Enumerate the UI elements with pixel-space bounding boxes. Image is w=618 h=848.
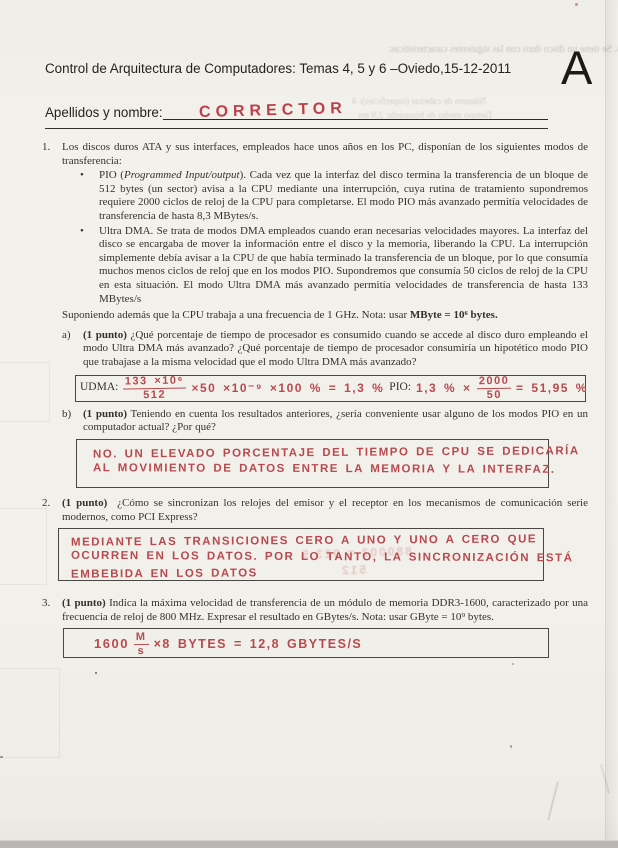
handwritten-formula: ×50 ×10⁻⁹ ×100 % = 1,3 %	[191, 380, 384, 396]
question-1b-points: (1 punto)	[83, 408, 127, 420]
scanned-exam-page: 4. Se tiene un disco duro con las siguie…	[0, 0, 618, 848]
question-1-intro-text: Los discos duros ATA y sus interfaces, e…	[62, 141, 588, 167]
handwritten-answer-line: EMBEBIDA EN LOS DATOS	[71, 564, 537, 583]
ink-speck	[512, 663, 514, 665]
handwritten-name: CORRECTOR	[198, 100, 346, 122]
question-1a-text: a)(1 punto) ¿Qué porcentaje de tiempo de…	[62, 329, 588, 370]
question-3-text: 3.(1 punto) Indica la máxima velocidad d…	[42, 597, 588, 624]
handwritten-answer-line: NO. UN ELEVADO PORCENTAJE DEL TIEMPO DE …	[93, 443, 542, 462]
bullet-icon: •	[80, 169, 99, 183]
fraction-numerator: M	[134, 632, 149, 645]
fraction-denominator: s	[137, 645, 145, 657]
ink-speck	[0, 756, 3, 758]
fraction-numerator: 2000	[476, 375, 511, 389]
fraction-numerator: 133 ×10⁶	[123, 375, 186, 389]
name-row: Apellidos y nombre: CORRECTOR	[45, 99, 548, 120]
bullet-icon: •	[80, 225, 99, 239]
handwritten-result: = 51,95 %	[516, 380, 588, 396]
bullet-ultra-dma-text: Ultra DMA. Se trata de modos DMA emplead…	[99, 225, 588, 305]
page-title: Control de Arquitectura de Computadores:…	[45, 61, 511, 76]
note-text: Suponiendo además que la CPU trabaja a u…	[62, 309, 410, 321]
answer-box-1a: UDMA: 133 ×10⁶ 512 ×50 ×10⁻⁹ ×100 % = 1,…	[75, 375, 586, 402]
exam-variant-letter: A	[561, 44, 592, 91]
handwritten-fraction: M s	[134, 632, 149, 657]
answer-box-1b: NO. UN ELEVADO PORCENTAJE DEL TIEMPO DE …	[76, 439, 549, 488]
question-1a-points: (1 punto)	[83, 329, 127, 341]
bullet-pio: •PIO (Programmed Input/output). Cada vez…	[80, 169, 588, 223]
question-3-number: 3.	[42, 597, 62, 611]
ink-speck	[95, 672, 97, 674]
question-1b-body: Teniendo en cuenta los resultados anteri…	[83, 408, 588, 434]
handwritten-formula: 1600	[94, 636, 129, 652]
question-1a-body: ¿Qué porcentaje de tiempo de procesador …	[83, 329, 588, 368]
note-bold-text: MByte = 10⁶ bytes.	[410, 309, 498, 321]
handwritten-formula: 1,3 % ×	[416, 380, 472, 396]
question-3-body: Indica la máxima velocidad de transferen…	[62, 597, 588, 623]
header-separator-line	[45, 128, 548, 129]
scan-edge-right	[605, 0, 618, 848]
question-1a-marker: a)	[62, 329, 83, 343]
udma-label: UDMA:	[80, 381, 118, 395]
fraction-denominator: 50	[486, 388, 501, 400]
paper-scratch	[547, 781, 559, 820]
bullet-pio-italic: Programmed Input/output	[124, 169, 240, 181]
ink-speck	[510, 745, 512, 748]
fraction-denominator: 512	[143, 388, 166, 400]
question-2-body: ¿Cómo se sincronizan los relojes del emi…	[62, 497, 588, 523]
question-3-points: (1 punto)	[62, 597, 106, 609]
question-1b-marker: b)	[62, 408, 83, 422]
question-2-points: (1 punto)	[62, 497, 107, 509]
bullet-pio-pre: PIO (	[99, 169, 124, 181]
question-3: 3.(1 punto) Indica la máxima velocidad d…	[42, 597, 588, 658]
question-1-number: 1.	[42, 141, 62, 155]
scan-edge-bottom	[0, 840, 618, 848]
name-label: Apellidos y nombre:	[45, 105, 163, 120]
question-2-text: 2.(1 punto) ¿Cómo se sincronizan los rel…	[42, 497, 588, 524]
question-1-note: Suponiendo además que la CPU trabaja a u…	[62, 309, 588, 323]
question-1: 1.Los discos duros ATA y sus interfaces,…	[42, 141, 588, 488]
question-1b: b)(1 punto) Teniendo en cuenta los resul…	[62, 408, 588, 488]
answer-box-3: 1600 M s ×8 BYTES = 12,8 GBYTES/S	[63, 628, 549, 658]
name-underline: CORRECTOR	[163, 99, 548, 120]
handwritten-fraction: 2000 50	[476, 375, 511, 401]
ink-speck	[575, 3, 578, 6]
bullet-ultra-dma: •Ultra DMA. Se trata de modos DMA emplea…	[80, 225, 588, 307]
question-2: 2.(1 punto) ¿Cómo se sincronizan los rel…	[42, 497, 588, 581]
handwritten-answer-line: AL MOVIMIENTO DE DATOS ENTRE LA MEMORIA …	[93, 460, 542, 478]
question-2-number: 2.	[42, 497, 62, 511]
bleedthrough-box	[0, 508, 47, 585]
handwritten-result: ×8 BYTES = 12,8 GBYTES/S	[154, 636, 363, 652]
handwritten-fraction: 133 ×10⁶ 512	[123, 375, 187, 401]
question-1a: a)(1 punto) ¿Qué porcentaje de tiempo de…	[62, 329, 588, 402]
bleedthrough-box	[0, 668, 60, 758]
question-1b-text: b)(1 punto) Teniendo en cuenta los resul…	[62, 408, 588, 435]
pio-label: PIO:	[389, 381, 411, 395]
answer-box-2: MEDIANTE LAS TRANSICIONES CERO A UNO Y U…	[58, 528, 544, 581]
question-1-intro: 1.Los discos duros ATA y sus interfaces,…	[42, 141, 588, 168]
